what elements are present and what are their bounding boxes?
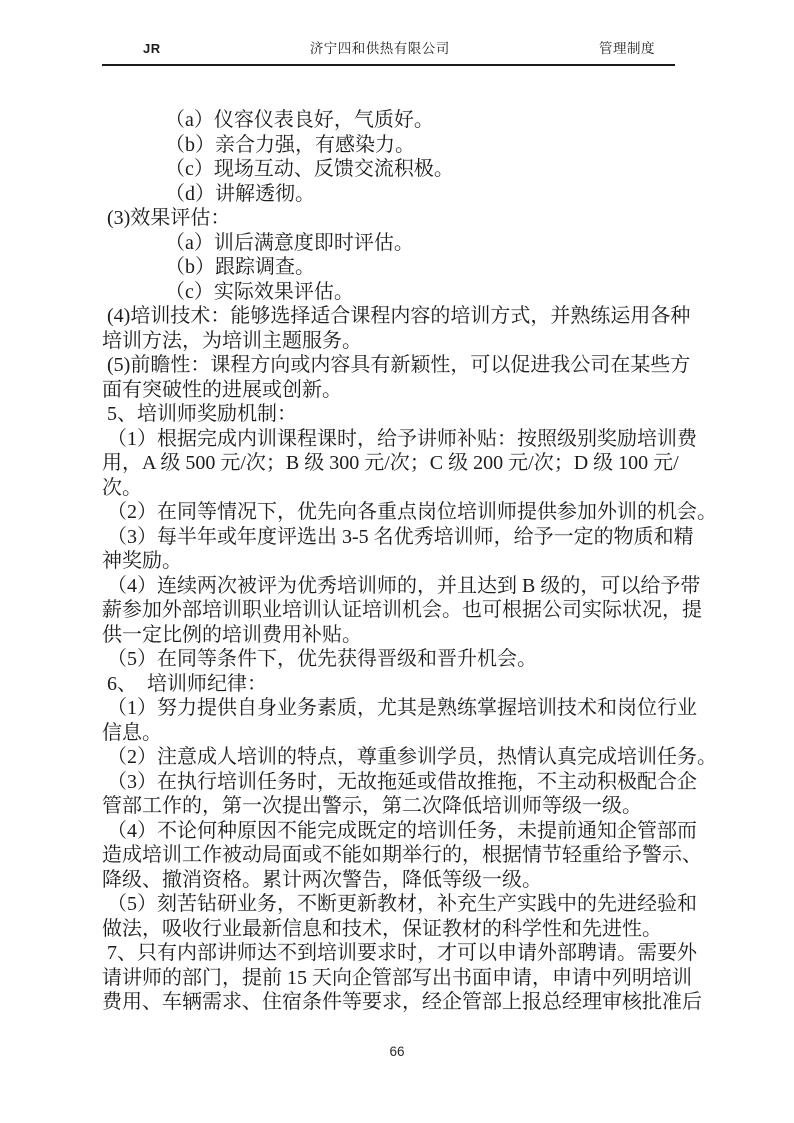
body-line: 信息。 [102,721,680,746]
page-header: JR 济宁四和供热有限公司 管理制度 [102,40,675,66]
body-line: 次。 [102,476,680,501]
body-line: 培训方法，为培训主题服务。 [102,329,680,354]
body-line: 5、培训师奖励机制： [102,402,680,427]
body-line: （d）讲解透彻。 [102,182,680,207]
header-company-name: 济宁四和供热有限公司 [161,40,599,57]
body-line: （5）在同等条件下，优先获得晋级和晋升机会。 [102,647,680,672]
body-line: 费用、车辆需求、住宿条件等要求，经企管部上报总经理审核批准后 [102,990,680,1015]
body-line: （1）根据完成内训课程课时，给予讲师补贴：按照级别奖励培训费 [102,427,680,452]
body-line: （4）连续两次被评为优秀培训师的，并且达到 B 级的，可以给予带 [102,574,680,599]
body-line: （5）刻苦钻研业务，不断更新教材，补充生产实践中的先进经验和 [102,892,680,917]
body-line: 降级、撤消资格。累计两次警告，降低等级一级。 [102,868,680,893]
document-body: （a）仪容仪表良好，气质好。（b）亲合力强，有感染力。（c）现场互动、反馈交流积… [102,108,680,1015]
body-line: （c）实际效果评估。 [102,280,680,305]
body-line: （b）跟踪调查。 [102,255,680,280]
header-doc-type: 管理制度 [599,40,655,57]
body-line: 供一定比例的培训费用补贴。 [102,623,680,648]
page-number: 66 [389,1044,404,1059]
body-line: 请讲师的部门，提前 15 天向企管部写出书面申请，申请中列明培训 [102,966,680,991]
body-line: 7、只有内部讲师达不到培训要求时，才可以申请外部聘请。需要外 [102,941,680,966]
body-line: （a）训后满意度即时评估。 [102,231,680,256]
body-line: 6、 培训师纪律： [102,672,680,697]
body-line: （1）努力提供自身业务素质，尤其是熟练掌握培训技术和岗位行业 [102,696,680,721]
body-line: 造成培训工作被动局面或不能如期举行的，根据情节轻重给予警示、 [102,843,680,868]
body-line: 管部工作的，第一次提出警示，第二次降低培训师等级一级。 [102,794,680,819]
page-footer: 66 [0,1044,794,1059]
body-line: 面有突破性的进展或创新。 [102,378,680,403]
body-line: （a）仪容仪表良好，气质好。 [102,108,680,133]
body-line: 薪参加外部培训职业培训认证培训机会。也可根据公司实际状况，提 [102,598,680,623]
body-line: （2）在同等情况下，优先向各重点岗位培训师提供参加外训的机会。 [102,500,680,525]
body-line: （c）现场互动、反馈交流积极。 [102,157,680,182]
body-line: (5)前瞻性：课程方向或内容具有新颖性，可以促进我公司在某些方 [102,353,680,378]
body-line: （b）亲合力强，有感染力。 [102,133,680,158]
body-line: （3）在执行培训任务时，无故拖延或借故推拖，不主动积极配合企 [102,770,680,795]
body-line: （4）不论何种原因不能完成既定的培训任务，未提前通知企管部而 [102,819,680,844]
body-line: 神奖励。 [102,549,680,574]
body-line: (3)效果评估： [102,206,680,231]
body-line: (4)培训技术：能够选择适合课程内容的培训方式，并熟练运用各种 [102,304,680,329]
header-logo: JR [143,40,161,57]
document-page: JR 济宁四和供热有限公司 管理制度 （a）仪容仪表良好，气质好。（b）亲合力强… [0,0,794,1123]
body-line: （2）注意成人培训的特点，尊重参训学员，热情认真完成培训任务。 [102,745,680,770]
body-line: （3）每半年或年度评选出 3-5 名优秀培训师，给予一定的物质和精 [102,525,680,550]
body-line: 做法，吸收行业最新信息和技术，保证教材的科学性和先进性。 [102,917,680,942]
body-line: 用，A 级 500 元/次；B 级 300 元/次；C 级 200 元/次；D … [102,451,680,476]
